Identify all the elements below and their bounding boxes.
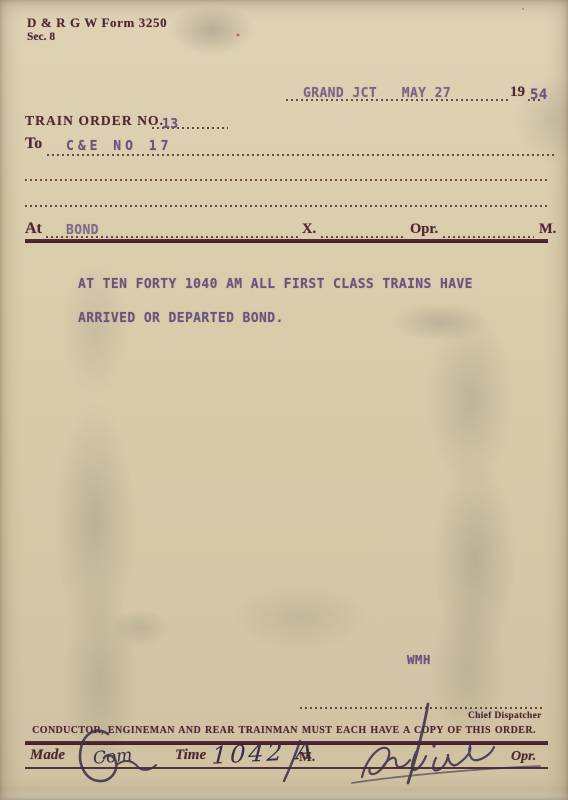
meridiem-label: M. bbox=[299, 749, 315, 765]
order-body-line-2: ARRIVED OR DEPARTED BOND. bbox=[78, 311, 284, 326]
chief-dispatcher-signature-rule bbox=[300, 707, 543, 709]
footer-opr-label: Opr. bbox=[511, 749, 536, 765]
at-label: At bbox=[25, 220, 42, 238]
train-order-form-scan: D & R G W Form 3250 Sec. 8 GRAND JCT MAY… bbox=[0, 0, 568, 800]
completion-row-rule bbox=[25, 767, 548, 769]
form-section: Sec. 8 bbox=[27, 31, 55, 43]
made-label: Made bbox=[30, 747, 65, 764]
to-rule bbox=[47, 154, 555, 156]
x-label: X. bbox=[302, 221, 316, 238]
operator-signature-scrawl bbox=[362, 746, 494, 777]
address-rule-3 bbox=[25, 205, 548, 207]
order-body-line-1: AT TEN FORTY 1040 AM ALL FIRST CLASS TRA… bbox=[78, 277, 473, 292]
copy-notice: CONDUCTOR, ENGINEMAN AND REAR TRAINMAN M… bbox=[0, 725, 568, 736]
address-rule-2 bbox=[25, 179, 548, 181]
year-typed: 54 bbox=[530, 87, 548, 103]
at-rule-1 bbox=[46, 236, 300, 238]
to-label: To bbox=[25, 135, 42, 153]
header-separator-rule bbox=[25, 239, 548, 243]
station-date-typed: GRAND JCT MAY 27 bbox=[303, 86, 451, 101]
year-prefix-label: 19 bbox=[510, 84, 525, 101]
train-order-no-label: TRAIN ORDER NO. bbox=[25, 113, 164, 129]
signature-i-dot bbox=[432, 744, 435, 747]
to-address-typed: C&E NO 17 bbox=[66, 139, 172, 154]
at-rule-3 bbox=[443, 236, 534, 238]
opr-label: Opr. bbox=[410, 221, 438, 238]
made-handwritten: Com bbox=[92, 745, 133, 768]
time-label: Time bbox=[175, 747, 206, 764]
form-number: D & R G W Form 3250 bbox=[27, 15, 167, 31]
train-order-no-typed: 13 bbox=[162, 117, 178, 132]
m-label: M. bbox=[539, 221, 556, 238]
dispatcher-initials-typed: WMH bbox=[407, 652, 431, 667]
at-rule-2 bbox=[321, 236, 405, 238]
chief-dispatcher-label: Chief Dispatcher bbox=[468, 711, 542, 721]
